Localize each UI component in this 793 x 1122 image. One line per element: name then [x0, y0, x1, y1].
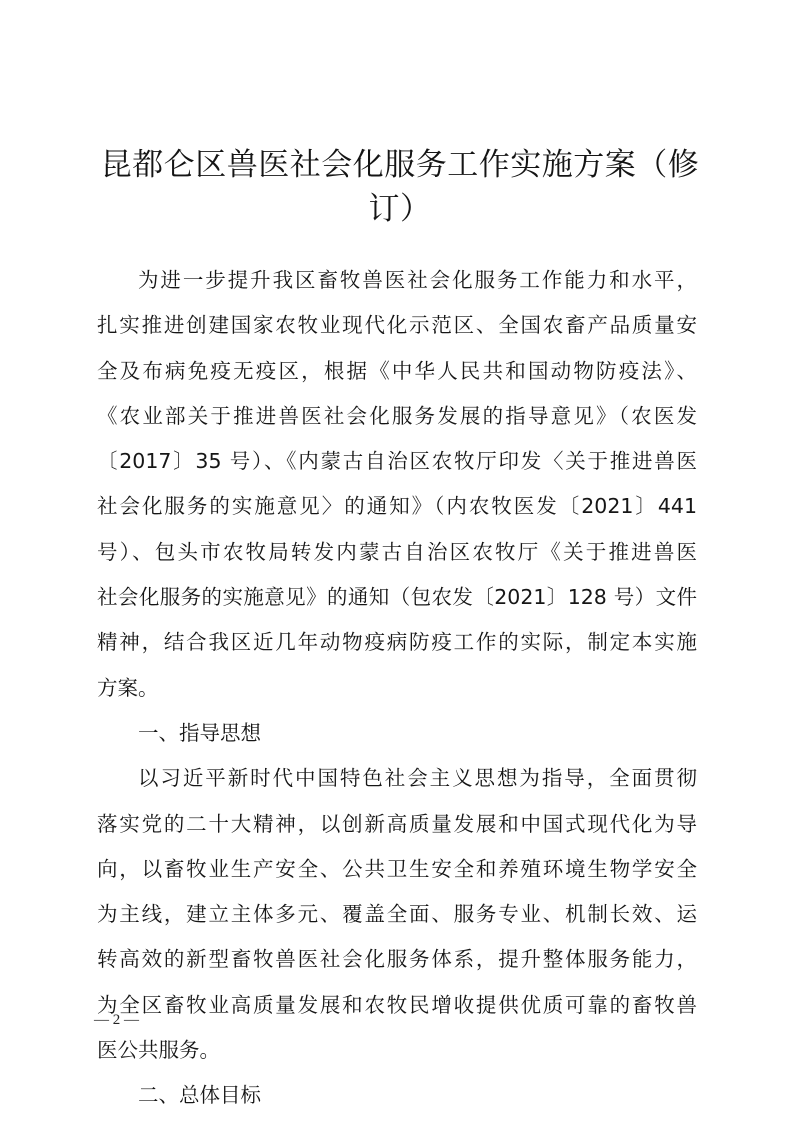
page-number: — 2 — — [94, 1012, 139, 1029]
intro-paragraph-line: 《农业部关于推进兽医社会化服务发展的指导意见》（农医发 — [97, 394, 697, 439]
document-page: 昆都仑区兽医社会化服务工作实施方案（修 订） 为进一步提升我区畜牧兽医社会化服务… — [0, 0, 793, 1122]
section1-paragraph-line: 医公共服务。 — [97, 1028, 697, 1073]
intro-paragraph-line: 社会化服务的实施意见〉的通知》（内农牧医发〔2021〕441 — [97, 484, 697, 529]
section1-paragraph-line: 为全区畜牧业高质量发展和农牧民增收提供优质可靠的畜牧兽 — [97, 983, 697, 1028]
title-line-2: 订） — [100, 187, 700, 231]
section1-paragraph-line: 以习近平新时代中国特色社会主义思想为指导，全面贯彻 — [97, 756, 697, 801]
intro-paragraph-line: 社会化服务的实施意见》的通知（包农发〔2021〕128 号）文件 — [97, 575, 697, 620]
section1-paragraph-line: 转高效的新型畜牧兽医社会化服务体系，提升整体服务能力， — [97, 937, 697, 982]
intro-paragraph-line: 全及布病免疫无疫区，根据《中华人民共和国动物防疫法》、 — [97, 349, 697, 394]
section1-paragraph-line: 向，以畜牧业生产安全、公共卫生安全和养殖环境生物学安全 — [97, 847, 697, 892]
intro-paragraph-line: 为进一步提升我区畜牧兽医社会化服务工作能力和水平， — [97, 258, 697, 303]
intro-paragraph-line: 号）、包头市农牧局转发内蒙古自治区农牧厅《关于推进兽医 — [97, 530, 697, 575]
intro-paragraph-line: 〔2017〕35 号）、《内蒙古自治区农牧厅印发〈关于推进兽医 — [97, 439, 697, 484]
section1-paragraph-line: 落实党的二十大精神，以创新高质量发展和中国式现代化为导 — [97, 802, 697, 847]
intro-paragraph-line: 精神，结合我区近几年动物疫病防疫工作的实际，制定本实施 — [97, 620, 697, 665]
section-heading-overall-goal: 二、总体目标 — [97, 1073, 697, 1118]
title-line-1: 昆都仑区兽医社会化服务工作实施方案（修 — [100, 143, 700, 187]
intro-paragraph-line: 方案。 — [97, 666, 697, 711]
section1-paragraph-line: 为主线，建立主体多元、覆盖全面、服务专业、机制长效、运 — [97, 892, 697, 937]
section-heading-guiding-ideology: 一、指导思想 — [97, 711, 697, 756]
document-title: 昆都仑区兽医社会化服务工作实施方案（修 订） — [100, 143, 700, 231]
document-body: 为进一步提升我区畜牧兽医社会化服务工作能力和水平， 扎实推进创建国家农牧业现代化… — [97, 258, 697, 1119]
intro-paragraph-line: 扎实推进创建国家农牧业现代化示范区、全国农畜产品质量安 — [97, 303, 697, 348]
